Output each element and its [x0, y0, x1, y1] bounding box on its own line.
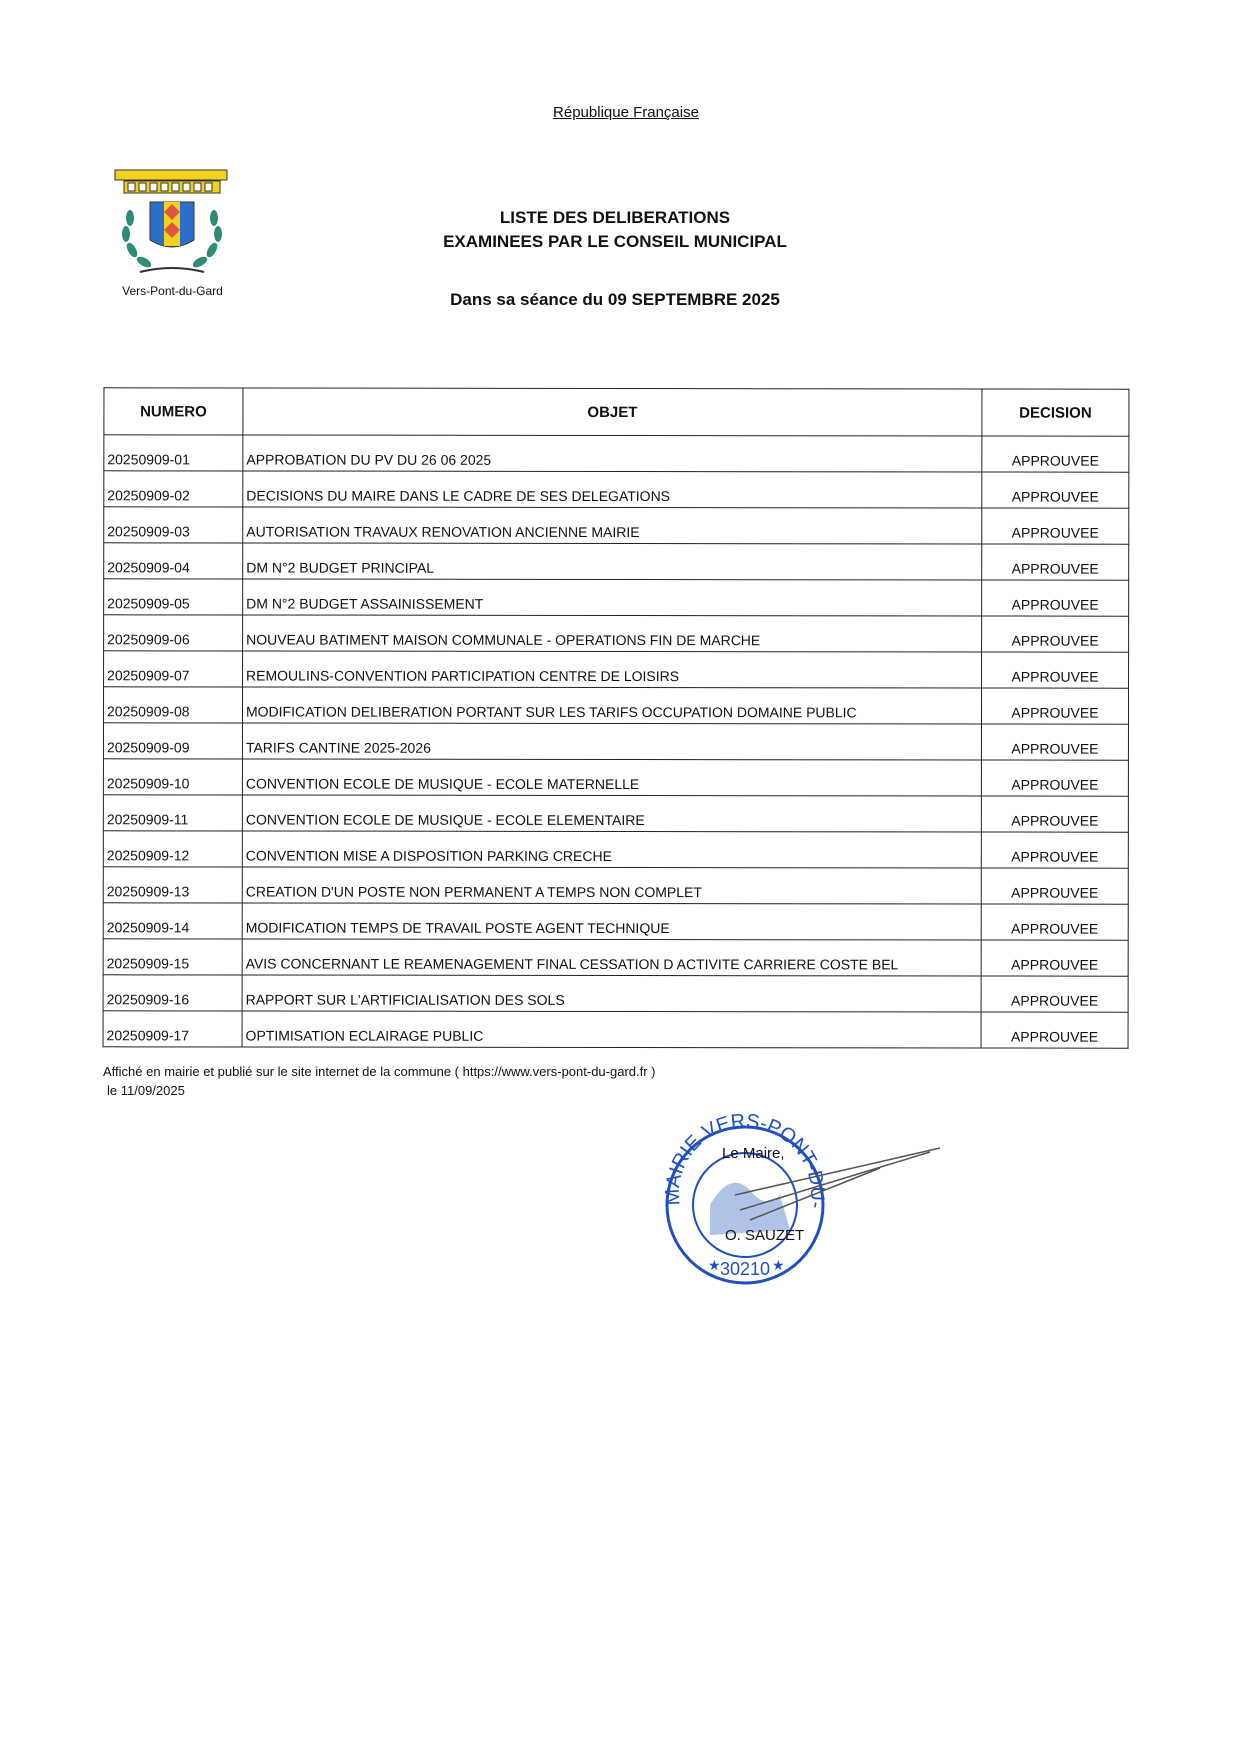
- cell-decision: APPROUVEE: [982, 652, 1129, 688]
- cell-numero: 20250909-12: [103, 831, 242, 867]
- table-row: 20250909-01APPROBATION DU PV DU 26 06 20…: [104, 435, 1129, 472]
- cell-decision: APPROUVEE: [981, 976, 1128, 1012]
- cell-objet: NOUVEAU BATIMENT MAISON COMMUNALE - OPER…: [243, 615, 982, 652]
- cell-numero: 20250909-06: [104, 615, 243, 651]
- cell-objet: TARIFS CANTINE 2025-2026: [242, 723, 981, 760]
- republique-heading: République Française: [0, 104, 1240, 121]
- document-title: LISTE DES DELIBERATIONS EXAMINEES PAR LE…: [380, 206, 850, 254]
- cell-decision: APPROUVEE: [981, 940, 1128, 976]
- cell-numero: 20250909-14: [103, 903, 242, 939]
- cell-decision: APPROUVEE: [982, 472, 1129, 508]
- mayor-stamp-signature: MAIRIE VERS-PONT-DU-GARD 30210 ★★ Le Mai…: [640, 1110, 960, 1290]
- publication-footer: Affiché en mairie et publié sur le site …: [103, 1062, 656, 1100]
- column-header-objet: OBJET: [243, 388, 982, 436]
- cell-objet: AVIS CONCERNANT LE REAMENAGEMENT FINAL C…: [242, 939, 981, 976]
- stamp-role: Le Maire,: [722, 1145, 785, 1162]
- cell-decision: APPROUVEE: [982, 580, 1129, 616]
- cell-objet: OPTIMISATION ECLAIRAGE PUBLIC: [242, 1011, 981, 1048]
- title-line-2: EXAMINEES PAR LE CONSEIL MUNICIPAL: [380, 230, 850, 254]
- cell-numero: 20250909-09: [103, 723, 242, 759]
- publication-notice: Affiché en mairie et publié sur le site …: [103, 1062, 656, 1081]
- table-row: 20250909-09TARIFS CANTINE 2025-2026APPRO…: [103, 723, 1128, 760]
- commune-crest-icon: [110, 168, 235, 288]
- cell-numero: 20250909-05: [104, 579, 243, 615]
- cell-decision: APPROUVEE: [981, 796, 1128, 832]
- cell-numero: 20250909-03: [104, 507, 243, 543]
- cell-numero: 20250909-13: [103, 867, 242, 903]
- table-body: 20250909-01APPROBATION DU PV DU 26 06 20…: [103, 435, 1129, 1048]
- cell-objet: REMOULINS-CONVENTION PARTICIPATION CENTR…: [243, 651, 982, 688]
- cell-decision: APPROUVEE: [981, 904, 1128, 940]
- cell-numero: 20250909-10: [103, 759, 242, 795]
- cell-numero: 20250909-04: [104, 543, 243, 579]
- table-header-row: NUMERO OBJET DECISION: [104, 388, 1129, 436]
- cell-decision: APPROUVEE: [981, 760, 1128, 796]
- cell-numero: 20250909-07: [104, 651, 243, 687]
- table-row: 20250909-06NOUVEAU BATIMENT MAISON COMMU…: [104, 615, 1129, 652]
- cell-decision: APPROUVEE: [981, 688, 1128, 724]
- svg-text:★: ★: [708, 1257, 721, 1273]
- table-row: 20250909-11CONVENTION ECOLE DE MUSIQUE -…: [103, 795, 1128, 832]
- cell-numero: 20250909-17: [103, 1011, 242, 1047]
- cell-decision: APPROUVEE: [981, 1012, 1128, 1048]
- table-row: 20250909-16RAPPORT SUR L'ARTIFICIALISATI…: [103, 975, 1128, 1012]
- table-row: 20250909-13CREATION D'UN POSTE NON PERMA…: [103, 867, 1128, 904]
- cell-objet: CONVENTION ECOLE DE MUSIQUE - ECOLE ELEM…: [242, 795, 981, 832]
- cell-objet: RAPPORT SUR L'ARTIFICIALISATION DES SOLS: [242, 975, 981, 1012]
- table-row: 20250909-14MODIFICATION TEMPS DE TRAVAIL…: [103, 903, 1128, 940]
- table-row: 20250909-02DECISIONS DU MAIRE DANS LE CA…: [104, 471, 1129, 508]
- table-row: 20250909-07REMOULINS-CONVENTION PARTICIP…: [104, 651, 1129, 688]
- title-line-1: LISTE DES DELIBERATIONS: [380, 206, 850, 230]
- cell-objet: MODIFICATION TEMPS DE TRAVAIL POSTE AGEN…: [242, 903, 981, 940]
- cell-decision: APPROUVEE: [982, 544, 1129, 580]
- republique-text: République Française: [541, 104, 699, 121]
- stamp-signatory: O. SAUZET: [725, 1227, 804, 1244]
- seance-date: Dans sa séance du 09 SEPTEMBRE 2025: [380, 290, 850, 310]
- table-row: 20250909-10CONVENTION ECOLE DE MUSIQUE -…: [103, 759, 1128, 796]
- cell-decision: APPROUVEE: [982, 436, 1129, 472]
- cell-objet: MODIFICATION DELIBERATION PORTANT SUR LE…: [242, 687, 981, 724]
- cell-numero: 20250909-15: [103, 939, 242, 975]
- deliberations-table: NUMERO OBJET DECISION 20250909-01APPROBA…: [103, 387, 1130, 1048]
- stamp-postcode: 30210: [720, 1259, 770, 1279]
- table-row: 20250909-17OPTIMISATION ECLAIRAGE PUBLIC…: [103, 1011, 1128, 1048]
- svg-text:★: ★: [772, 1257, 785, 1273]
- table-row: 20250909-05DM N°2 BUDGET ASSAINISSEMENTA…: [104, 579, 1129, 616]
- cell-numero: 20250909-02: [104, 471, 243, 507]
- column-header-numero: NUMERO: [104, 388, 243, 435]
- cell-decision: APPROUVEE: [982, 508, 1129, 544]
- commune-name: Vers-Pont-du-Gard: [90, 284, 255, 298]
- cell-objet: DM N°2 BUDGET ASSAINISSEMENT: [243, 579, 982, 616]
- cell-decision: APPROUVEE: [982, 616, 1129, 652]
- publication-date: le 11/09/2025: [103, 1081, 656, 1100]
- cell-objet: APPROBATION DU PV DU 26 06 2025: [243, 435, 982, 472]
- cell-objet: AUTORISATION TRAVAUX RENOVATION ANCIENNE…: [243, 507, 982, 544]
- table-row: 20250909-08MODIFICATION DELIBERATION POR…: [103, 687, 1128, 724]
- column-header-decision: DECISION: [982, 389, 1129, 436]
- cell-objet: CONVENTION ECOLE DE MUSIQUE - ECOLE MATE…: [242, 759, 981, 796]
- cell-objet: DM N°2 BUDGET PRINCIPAL: [243, 543, 982, 580]
- cell-objet: DECISIONS DU MAIRE DANS LE CADRE DE SES …: [243, 471, 982, 508]
- cell-numero: 20250909-11: [103, 795, 242, 831]
- cell-objet: CONVENTION MISE A DISPOSITION PARKING CR…: [242, 831, 981, 868]
- cell-decision: APPROUVEE: [981, 724, 1128, 760]
- table-row: 20250909-04DM N°2 BUDGET PRINCIPALAPPROU…: [104, 543, 1129, 580]
- table-row: 20250909-12CONVENTION MISE A DISPOSITION…: [103, 831, 1128, 868]
- cell-numero: 20250909-08: [103, 687, 242, 723]
- cell-decision: APPROUVEE: [981, 868, 1128, 904]
- cell-decision: APPROUVEE: [981, 832, 1128, 868]
- table-row: 20250909-15AVIS CONCERNANT LE REAMENAGEM…: [103, 939, 1128, 976]
- cell-objet: CREATION D'UN POSTE NON PERMANENT A TEMP…: [242, 867, 981, 904]
- cell-numero: 20250909-01: [104, 435, 243, 471]
- cell-numero: 20250909-16: [103, 975, 242, 1011]
- table-row: 20250909-03AUTORISATION TRAVAUX RENOVATI…: [104, 507, 1129, 544]
